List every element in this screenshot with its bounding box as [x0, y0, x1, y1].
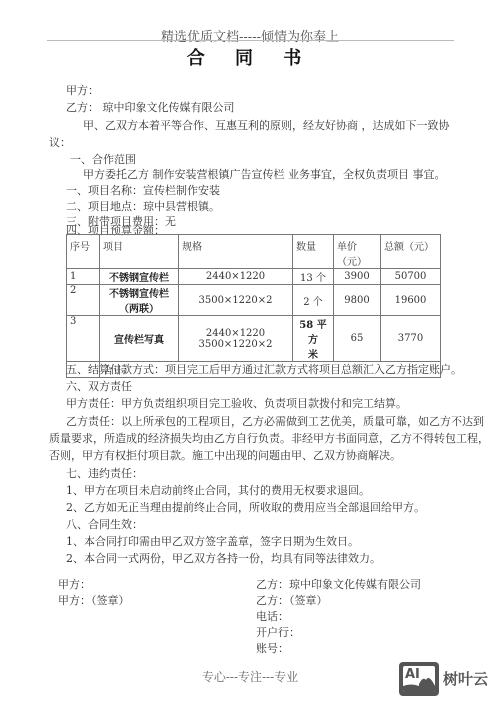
- row-qty-line-2: 米: [296, 346, 330, 361]
- section-1-body: 甲方委托乙方 制作安装营根镇广告宣传栏 业务事宜，全权负责项目 事宜。: [83, 166, 446, 182]
- party-b-duty-1: 乙方责任：以上所承包的工程项目，乙方必需做到工艺优美，质量可靠，如乙方不达到: [66, 413, 484, 429]
- row-item: 不锈钢宣传栏: [100, 269, 179, 285]
- sign-party-a-name: 甲方：: [58, 576, 91, 592]
- mountain-icon: [403, 666, 435, 692]
- header-total: 总额（元）: [381, 235, 441, 269]
- row-item: 不锈钢宣传栏 （两联）: [100, 285, 179, 316]
- party-a-duty: 甲方责任：甲方负责组织项目完工验收、负责项目款拨付和完工结算。: [66, 395, 407, 411]
- row-total: 19600: [381, 285, 441, 316]
- budget-table: 序号 项目 规格 数量 单价（元） 总额（元） 1 不锈钢宣传栏 2440×12…: [66, 234, 441, 378]
- sign-bank: 开户行：: [256, 624, 300, 640]
- party-b-duty-2: 质量要求，所造成的经济损失均由乙方自行负责。非经甲方书面同意，乙方不得转包工程，: [49, 430, 489, 446]
- row-no: 1: [67, 269, 100, 285]
- sign-account: 账号：: [256, 640, 289, 656]
- intro-line-2: 议：: [49, 134, 71, 150]
- section-8-clause-2: 2、本合同一式两份，甲乙双方各持一份，均具有同等法律效力。: [66, 550, 381, 566]
- section-8-title: 八、合同生效：: [66, 516, 143, 532]
- row-spec: 2440×1220 3500×1220×2: [179, 316, 293, 362]
- row-item: 宣传栏写真: [100, 316, 179, 362]
- banner: 精选优质文档-----倾情为你奉上: [0, 26, 500, 45]
- party-b-line: 乙方： 琼中印象文化传媒有限公司: [66, 99, 235, 115]
- header-item: 项目: [100, 235, 179, 269]
- section-7-clause-2: 2、乙方如无正当理由提前终止合同，所收取的费用应当全部退回给甲方。: [66, 499, 425, 515]
- brand-name: 树叶云: [443, 668, 488, 689]
- row-qty: 2 个: [293, 285, 334, 316]
- row-spec: 2440×1220: [179, 269, 293, 285]
- section-5: 五、结算付款方式：项目完工后甲方通过汇款方式将项目总额汇入乙方指定账户。: [66, 361, 462, 377]
- table-row: 3 宣传栏写真 2440×1220 3500×1220×2 58 平方 米 65…: [67, 316, 441, 362]
- row-no: 2: [67, 285, 100, 316]
- row-qty: 58 平方 米: [293, 316, 334, 362]
- row-qty: 13 个: [293, 269, 334, 285]
- row-total: 50700: [381, 269, 441, 285]
- party-b-duty-3: 否则，甲方有权拒付项目款。施工中出现的问题由甲、乙双方协商解决。: [49, 447, 401, 463]
- document-title: 合 同 书: [0, 44, 500, 70]
- row-no: 3: [67, 316, 100, 362]
- party-a-label: 甲方：: [66, 82, 99, 98]
- header-divider: [47, 40, 454, 41]
- table-row: 2 不锈钢宣传栏 （两联） 3500×1220×2 2 个 9800 19600: [67, 285, 441, 316]
- logo-frame: AI: [403, 666, 435, 692]
- section-6-title: 六、双方责任: [66, 378, 132, 394]
- row-price: 9800: [334, 285, 381, 316]
- header-qty: 数量: [293, 235, 334, 269]
- row-spec-line-1: 2440×1220: [182, 328, 289, 339]
- intro-line-1: 甲、乙双方本着平等合作、互惠互利的原则，经友好协商 ，达成如下一致协: [83, 117, 450, 133]
- sign-party-b-seal: 乙方：（签章）: [256, 592, 328, 608]
- row-price: 65: [334, 316, 381, 362]
- header-no: 序号: [67, 235, 100, 269]
- section-1-title: 一、合作范围: [70, 151, 136, 167]
- item-location: 二、项目地点：琼中县营根镇。: [66, 198, 220, 214]
- header-spec: 规格: [179, 235, 293, 269]
- row-item-line-1: 不锈钢宣传栏: [103, 285, 175, 300]
- sign-party-a-seal: 甲方：（签章）: [58, 592, 130, 608]
- row-total: 3770: [381, 316, 441, 362]
- row-price: 3900: [334, 269, 381, 285]
- sign-phone: 电话：: [256, 608, 289, 624]
- header-price: 单价（元）: [334, 235, 381, 269]
- row-item-line-2: （两联）: [103, 300, 175, 315]
- section-7-clause-1: 1、甲方在项目未启动前终止合同，其付的费用无权要求退回。: [66, 482, 370, 498]
- row-spec-line-2: 3500×1220×2: [182, 339, 289, 350]
- sign-party-b-name: 乙方：琼中印象文化传媒有限公司: [256, 576, 421, 592]
- row-qty-line-1: 58 平方: [296, 316, 330, 346]
- row-spec: 3500×1220×2: [179, 285, 293, 316]
- brand-logo-icon: AI: [399, 662, 439, 696]
- section-7-title: 七、违约责任：: [66, 465, 143, 481]
- section-8-clause-1: 1、本合同打印需由甲乙双方签字盖章，签字日期为生效日。: [66, 533, 359, 549]
- table-header-row: 序号 项目 规格 数量 单价（元） 总额（元）: [67, 235, 441, 269]
- table-row: 1 不锈钢宣传栏 2440×1220 13 个 3900 50700: [67, 269, 441, 285]
- item-name: 一、项目名称：宣传栏制作安装: [66, 182, 220, 198]
